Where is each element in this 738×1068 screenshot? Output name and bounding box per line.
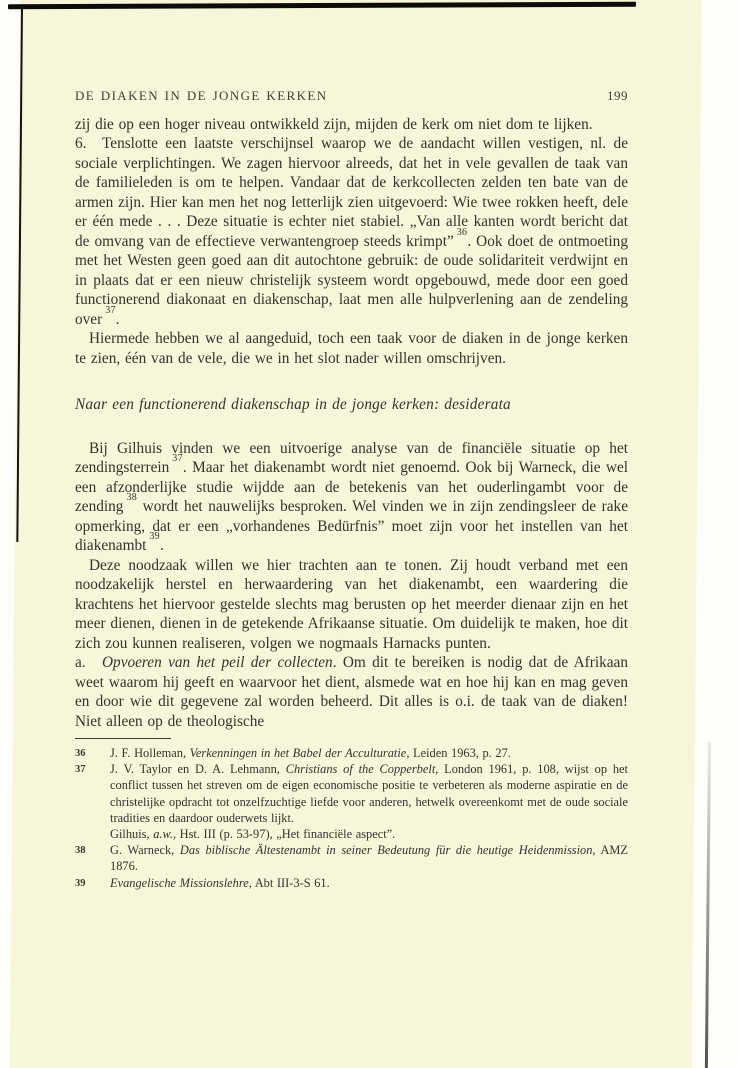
page-content: DE DIAKEN IN DE JONGE KERKEN 199 zij die…	[75, 86, 628, 891]
running-head-title: DE DIAKEN IN DE JONGE KERKEN	[75, 86, 328, 106]
footnote-number: 37	[75, 762, 86, 778]
paragraph-text: wordt het nauwelijks besproken. Wel vind…	[75, 498, 628, 554]
paragraph-text: Deze noodzaak willen we hier trachten aa…	[75, 557, 628, 652]
item-marker: a.	[75, 653, 102, 673]
paragraph: Bij Gilhuis vinden we een uitvoerige ana…	[75, 439, 628, 556]
item-text: .	[116, 311, 120, 328]
running-head: DE DIAKEN IN DE JONGE KERKEN 199	[75, 86, 628, 106]
scan-right-page-edge-shadow	[705, 742, 711, 1068]
lettered-item-a: a.Opvoeren van het peil der collecten. O…	[75, 653, 628, 731]
paragraph-continuation: zij die op een hoger niveau ontwikkeld z…	[75, 115, 628, 135]
footnote-38: 38 G. Warneck, Das biblische Ältestenamb…	[75, 842, 628, 874]
footnote-title-italic: Verkenningen in het Babel der Acculturat…	[190, 746, 407, 760]
paragraph-text: zij die op een hoger niveau ontwikkeld z…	[75, 116, 593, 133]
scanned-book-page: DE DIAKEN IN DE JONGE KERKEN 199 zij die…	[0, 0, 738, 1068]
paragraph-text: .	[160, 537, 164, 554]
footnote-text: , Leiden 1963, p. 27.	[406, 746, 511, 760]
footnote-ref-37: 37	[172, 453, 183, 464]
footnote-title-italic: a.w.	[153, 827, 173, 841]
footnote-number: 39	[75, 876, 86, 892]
footnote-text: , Abt III-3-S 61.	[249, 876, 330, 890]
footnote-text: , Hst. III (p. 53-97), „Het financiële a…	[173, 827, 395, 841]
footnote-text: G. Warneck,	[110, 843, 180, 857]
footnote-ref-37: 37	[105, 305, 116, 316]
footnote-title-italic: Das biblische Ältestenambt in seiner Bed…	[180, 843, 593, 857]
footnote-39: 39 Evangelische Missionslehre, Abt III-3…	[75, 875, 628, 891]
footnote-36: 36 J. F. Holleman, Verkenningen in het B…	[75, 745, 628, 761]
paragraph: Hiermede hebben we al aangeduid, toch ee…	[75, 329, 628, 368]
footnote-number: 36	[75, 746, 86, 762]
footnote-text: J. F. Holleman,	[110, 746, 190, 760]
footnote-37-continuation: Gilhuis, a.w., Hst. III (p. 53-97), „Het…	[110, 826, 628, 842]
paragraph: Deze noodzaak willen we hier trachten aa…	[75, 556, 628, 654]
footnote-ref-36: 36	[457, 227, 468, 238]
paragraph-text: Hiermede hebben we al aangeduid, toch ee…	[75, 330, 628, 367]
footnotes-block: 36 J. F. Holleman, Verkenningen in het B…	[75, 738, 628, 891]
footnote-37: 37 J. V. Taylor en D. A. Lehmann, Christ…	[75, 761, 628, 842]
footnote-ref-38: 38	[126, 492, 137, 503]
numbered-item-6: 6.Tenslotte een laatste verschijnsel waa…	[75, 134, 628, 329]
footnote-title-italic: Christians of the Copperbelt	[286, 762, 436, 776]
item-marker: 6.	[75, 134, 102, 154]
page-number: 199	[607, 86, 628, 106]
footnote-text: Gilhuis,	[110, 827, 153, 841]
item-lead-italic: Opvoeren van het peil der collecten	[102, 654, 333, 671]
footnote-text: J. V. Taylor en D. A. Lehmann,	[110, 762, 286, 776]
footnote-title-italic: Evangelische Missionslehre	[110, 876, 249, 890]
footnote-number: 38	[75, 843, 86, 859]
footnote-ref-39: 39	[149, 531, 160, 542]
section-heading: Naar een functionerend diakenschap in de…	[75, 395, 628, 415]
footnote-separator-rule	[75, 738, 171, 739]
